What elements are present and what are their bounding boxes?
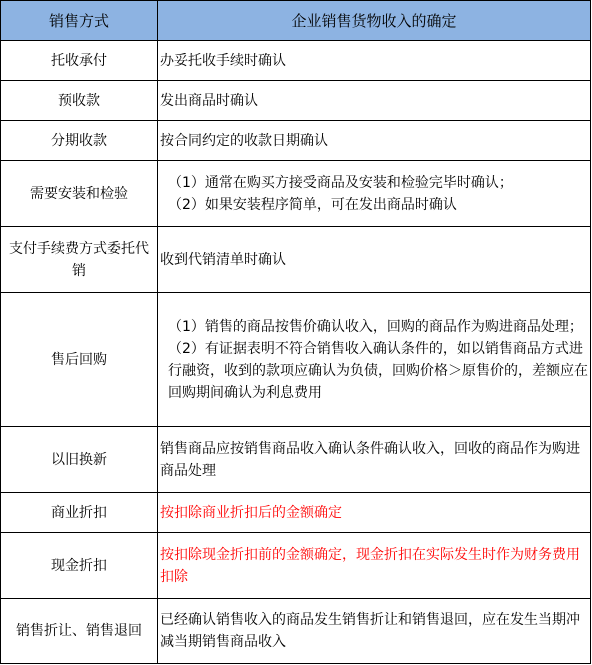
recognition-text-line: （1）销售的商品按售价确认收入，回购的商品作为购进商品处理； [160,316,588,338]
recognition-text-line: 按合同约定的收款日期确认 [160,130,588,152]
sales-method-cell: 需要安装和检验 [1,161,158,227]
recognition-text-line: 已经确认销售收入的商品发生销售折让和销售退回，应在发生当期冲减当期销售商品收入 [160,609,588,653]
recognition-text-line: 收到代销清单时确认 [160,249,588,271]
table-row: 托收承付办妥托收手续时确认 [1,41,591,81]
recognition-cell: 按合同约定的收款日期确认 [158,121,591,161]
revenue-recognition-table: 销售方式 企业销售货物收入的确定 托收承付办妥托收手续时确认预收款发出商品时确认… [0,0,591,664]
header-sales-method: 销售方式 [1,1,158,41]
sales-method-cell: 托收承付 [1,41,158,81]
table-row: 预收款发出商品时确认 [1,81,591,121]
recognition-text-line: 办妥托收手续时确认 [160,50,588,72]
table-row: 支付手续费方式委托代销收到代销清单时确认 [1,227,591,293]
table-row: 分期收款按合同约定的收款日期确认 [1,121,591,161]
recognition-text-line: （2）有证据表明不符合销售收入确认条件的，如以销售商品方式进行融资，收到的款项应… [160,338,588,404]
sales-method-cell: 支付手续费方式委托代销 [1,227,158,293]
recognition-cell: 发出商品时确认 [158,81,591,121]
recognition-cell: 收到代销清单时确认 [158,227,591,293]
table-header-row: 销售方式 企业销售货物收入的确定 [1,1,591,41]
header-revenue-recognition: 企业销售货物收入的确定 [158,1,591,41]
table-row: 现金折扣按扣除现金折扣前的金额确定，现金折扣在实际发生时作为财务费用扣除 [1,533,591,599]
recognition-text-line: （1）通常在购买方接受商品及安装和检验完毕时确认； [160,172,588,194]
sales-method-cell: 预收款 [1,81,158,121]
recognition-cell: 已经确认销售收入的商品发生销售折让和销售退回，应在发生当期冲减当期销售商品收入 [158,599,591,664]
table-row: 售后回购（1）销售的商品按售价确认收入，回购的商品作为购进商品处理；（2）有证据… [1,293,591,427]
recognition-cell: 办妥托收手续时确认 [158,41,591,81]
sales-method-cell: 商业折扣 [1,493,158,533]
recognition-cell: 按扣除商业折扣后的金额确定 [158,493,591,533]
recognition-text-line: （2）如果安装程序简单，可在发出商品时确认 [160,194,588,216]
recognition-text-line: 发出商品时确认 [160,90,588,112]
recognition-cell: 销售商品应按销售商品收入确认条件确认收入，回收的商品作为购进商品处理 [158,427,591,493]
recognition-text-line: 按扣除商业折扣后的金额确定 [160,502,588,524]
recognition-text-line: 按扣除现金折扣前的金额确定，现金折扣在实际发生时作为财务费用扣除 [160,544,588,588]
sales-method-cell: 售后回购 [1,293,158,427]
sales-method-cell: 以旧换新 [1,427,158,493]
recognition-text-line: 销售商品应按销售商品收入确认条件确认收入，回收的商品作为购进商品处理 [160,438,588,482]
table-row: 以旧换新销售商品应按销售商品收入确认条件确认收入，回收的商品作为购进商品处理 [1,427,591,493]
sales-method-cell: 分期收款 [1,121,158,161]
table-row: 需要安装和检验（1）通常在购买方接受商品及安装和检验完毕时确认；（2）如果安装程… [1,161,591,227]
recognition-cell: （1）销售的商品按售价确认收入，回购的商品作为购进商品处理；（2）有证据表明不符… [158,293,591,427]
table-row: 销售折让、销售退回已经确认销售收入的商品发生销售折让和销售退回，应在发生当期冲减… [1,599,591,664]
sales-method-cell: 销售折让、销售退回 [1,599,158,664]
table-row: 商业折扣按扣除商业折扣后的金额确定 [1,493,591,533]
recognition-cell: （1）通常在购买方接受商品及安装和检验完毕时确认；（2）如果安装程序简单，可在发… [158,161,591,227]
sales-method-cell: 现金折扣 [1,533,158,599]
recognition-cell: 按扣除现金折扣前的金额确定，现金折扣在实际发生时作为财务费用扣除 [158,533,591,599]
